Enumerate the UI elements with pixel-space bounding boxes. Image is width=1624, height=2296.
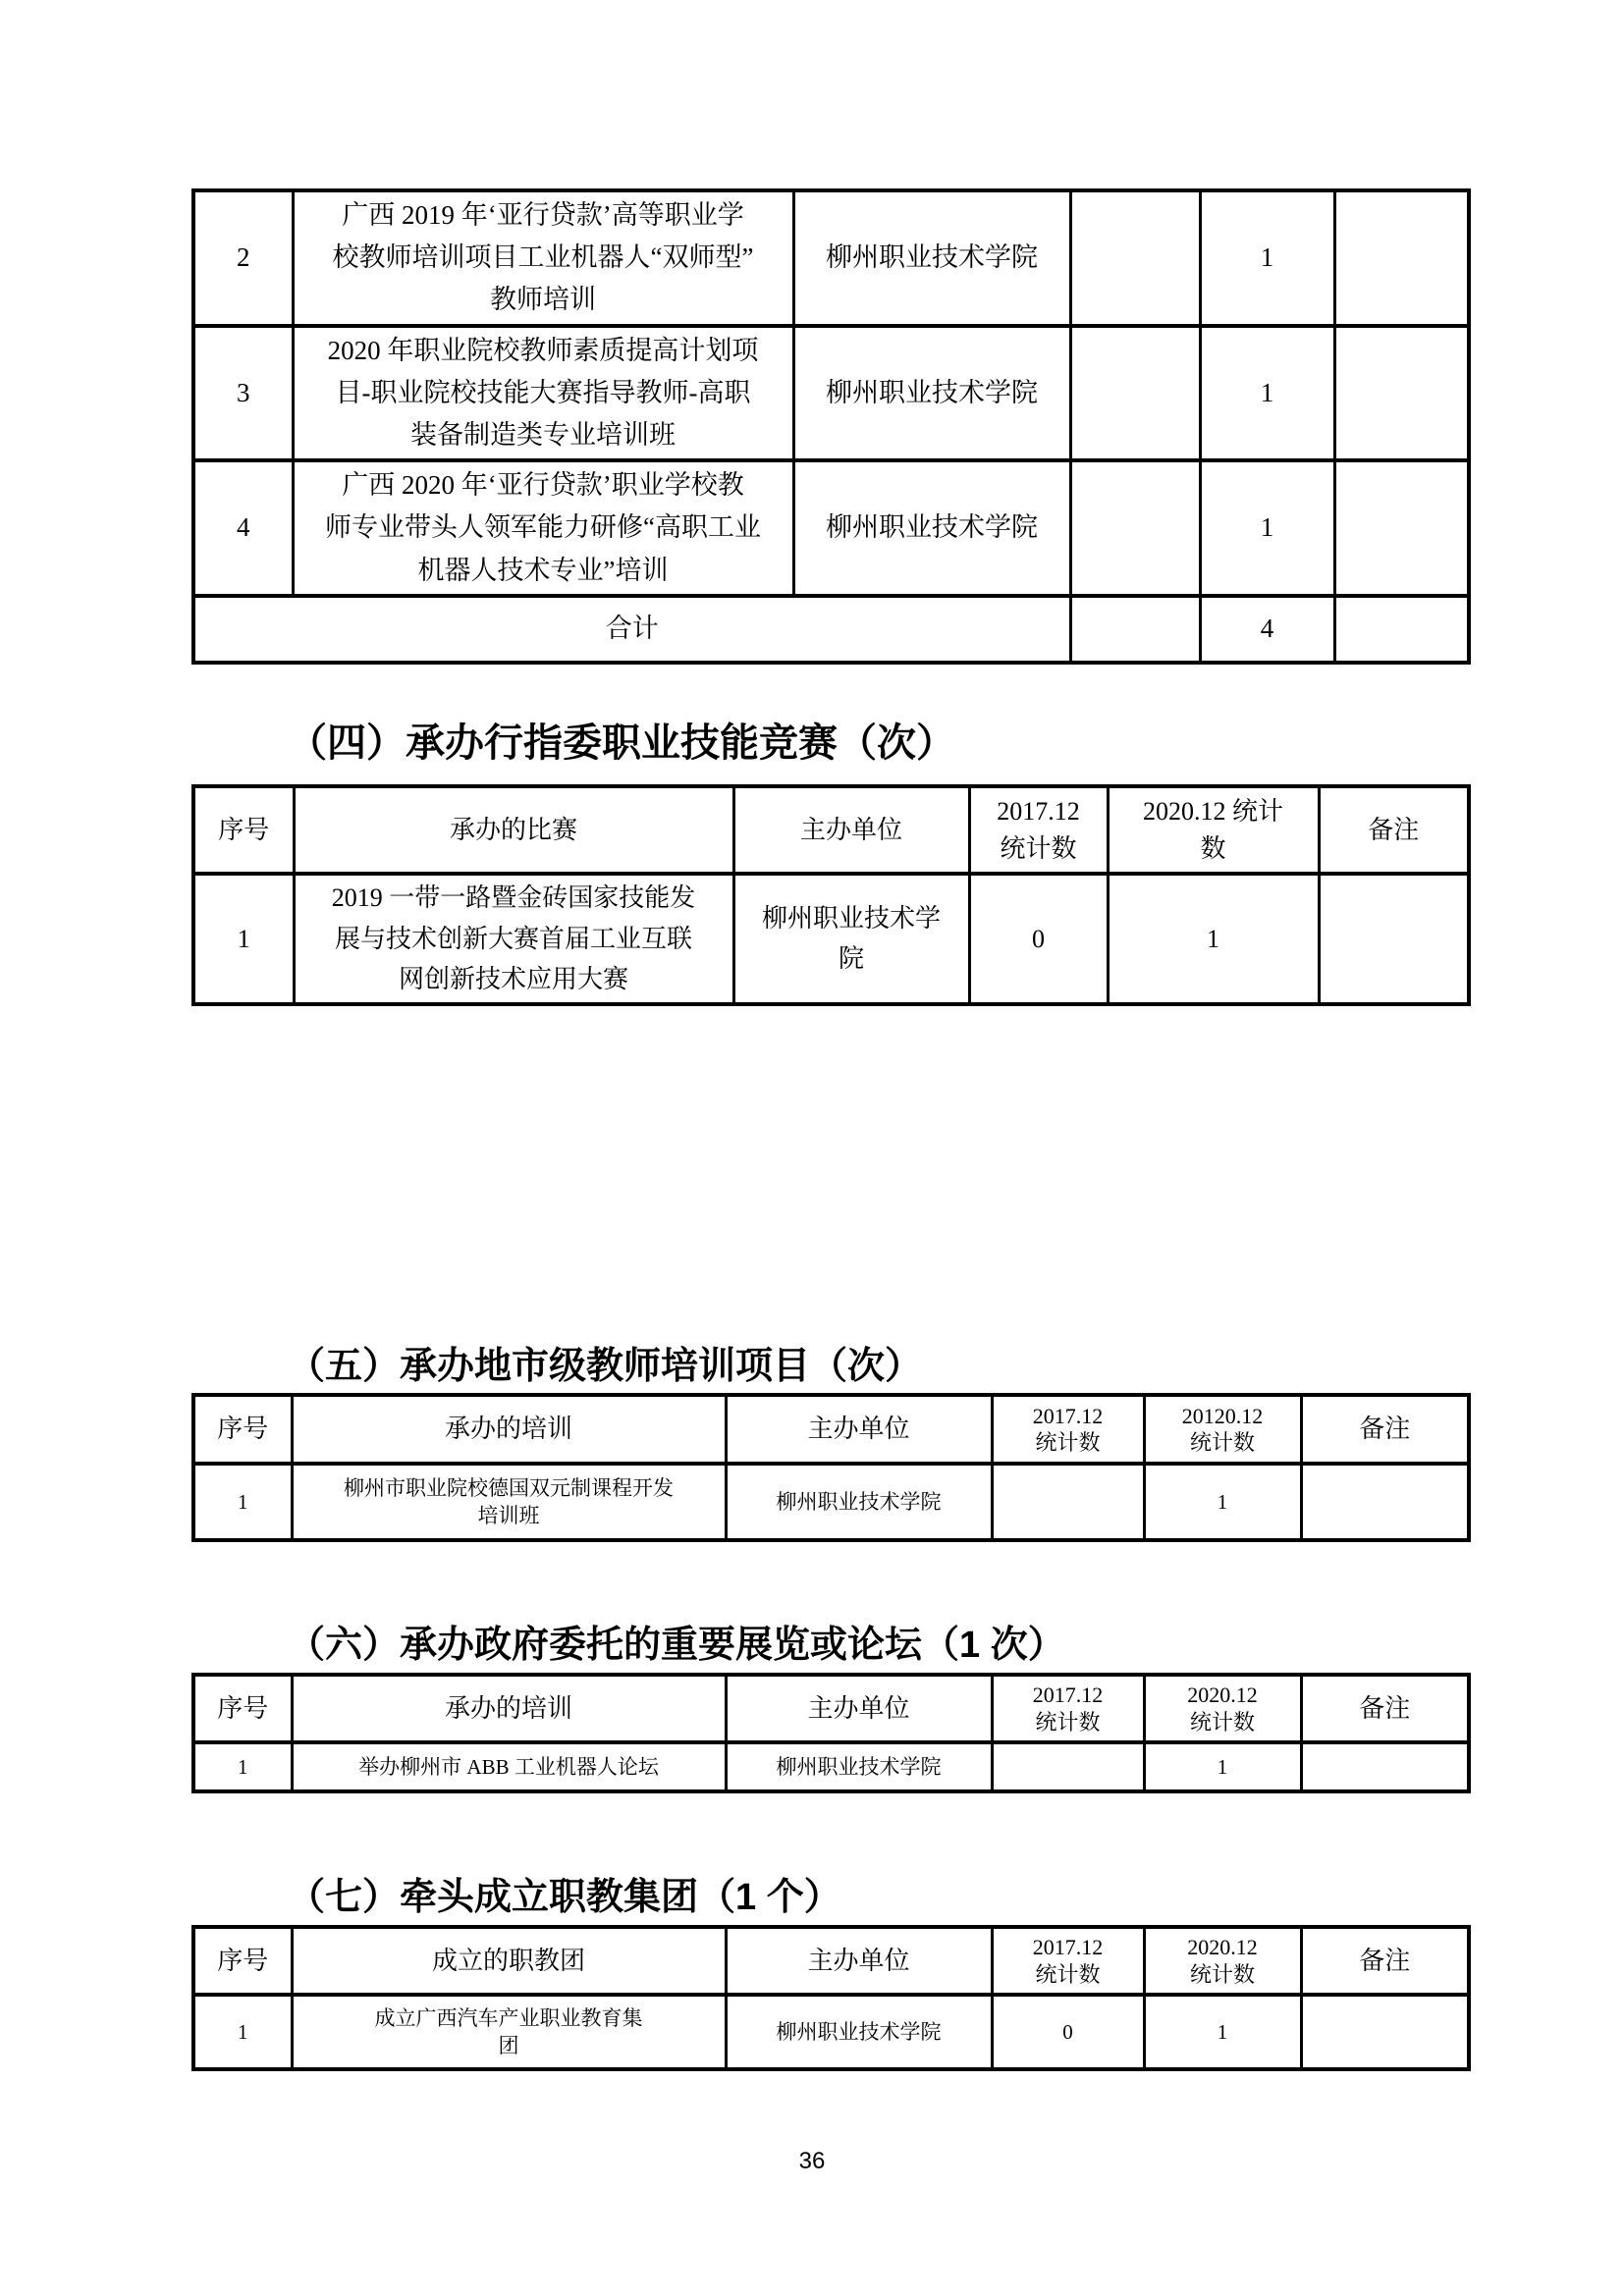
cell-note bbox=[1301, 1464, 1469, 1540]
header-row: 序号 成立的职教团 主办单位 2017.12 统计数 2020.12 统计数 备… bbox=[193, 1927, 1469, 1995]
header-org: 主办单位 bbox=[733, 786, 969, 874]
header-org: 主办单位 bbox=[726, 1395, 992, 1464]
header-stat-2020: 2020.12 统计 数 bbox=[1108, 786, 1319, 874]
cell-item: 2019 一带一路暨金砖国家技能发 展与技术创新大赛首届工业互联 网创新技术应用… bbox=[294, 874, 733, 1004]
header-item: 承办的培训 bbox=[292, 1395, 726, 1464]
table-row: 4 广西 2020 年‘亚行贷款’职业学校教 师专业带头人领军能力研修“高职工业… bbox=[193, 460, 1469, 596]
cell-stat-2017 bbox=[1070, 460, 1200, 596]
cell-project: 广西 2019 年‘亚行贷款’高等职业学 校教师培训项目工业机器人“双师型” 教… bbox=[293, 190, 793, 326]
table-row: 3 2020 年职业院校教师素质提高计划项 目-职业院校技能大赛指导教师-高职 … bbox=[193, 326, 1469, 461]
header-item: 成立的职教团 bbox=[292, 1927, 726, 1995]
document-page: { "page": { "background": "#ffffff", "te… bbox=[0, 0, 1624, 2296]
header-no: 序号 bbox=[193, 1395, 292, 1464]
cell-stat-2017: 0 bbox=[992, 1995, 1144, 2069]
cell-note bbox=[1334, 460, 1469, 596]
header-note: 备注 bbox=[1301, 1395, 1469, 1464]
table-row: 1 举办柳州市 ABB 工业机器人论坛 柳州职业技术学院 1 bbox=[193, 1742, 1469, 1791]
section-6-table: 序号 承办的培训 主办单位 2017.12 统计数 2020.12 统计数 备注… bbox=[191, 1673, 1471, 1793]
cell-stat-2020: 1 bbox=[1108, 874, 1319, 1004]
header-stat-2017: 2017.12 统计数 bbox=[992, 1927, 1144, 1995]
cell-stat-2020: 1 bbox=[1144, 1742, 1301, 1791]
cell-org: 柳州职业技术学院 bbox=[793, 460, 1070, 596]
cell-stat-2017 bbox=[1070, 326, 1200, 461]
cell-stat-2017: 0 bbox=[969, 874, 1108, 1004]
cell-org: 柳州职业技术学院 bbox=[726, 1742, 992, 1791]
table-row: 1 2019 一带一路暨金砖国家技能发 展与技术创新大赛首届工业互联 网创新技术… bbox=[193, 874, 1469, 1004]
cell-stat-2020: 1 bbox=[1144, 1995, 1301, 2069]
cell-no: 2 bbox=[193, 190, 293, 326]
header-row: 序号 承办的培训 主办单位 2017.12 统计数 20120.12 统计数 备… bbox=[193, 1395, 1469, 1464]
header-stat-2020: 20120.12 统计数 bbox=[1144, 1395, 1301, 1464]
header-stat-2017: 2017.12 统计数 bbox=[992, 1395, 1144, 1464]
cell-note bbox=[1334, 326, 1469, 461]
cell-no: 1 bbox=[193, 1742, 292, 1791]
cell-stat-2020: 1 bbox=[1200, 326, 1334, 461]
header-note: 备注 bbox=[1301, 1675, 1469, 1742]
cell-org: 柳州职业技术学院 bbox=[726, 1995, 992, 2069]
cell-no: 4 bbox=[193, 460, 293, 596]
total-label-cell: 合计 bbox=[193, 596, 1070, 663]
page-number: 36 bbox=[0, 2148, 1624, 2175]
header-no: 序号 bbox=[193, 1675, 292, 1742]
section-5-title: （五）承办地市级教师培训项目（次） bbox=[288, 1346, 922, 1389]
cell-item: 成立广西汽车产业职业教育集 团 bbox=[292, 1995, 726, 2069]
cell-note bbox=[1301, 1995, 1469, 2069]
cell-stat-2017 bbox=[1070, 190, 1200, 326]
header-org: 主办单位 bbox=[726, 1927, 992, 1995]
cell-project: 广西 2020 年‘亚行贷款’职业学校教 师专业带头人领军能力研修“高职工业 机… bbox=[293, 460, 793, 596]
section-5-table: 序号 承办的培训 主办单位 2017.12 统计数 20120.12 统计数 备… bbox=[191, 1393, 1471, 1542]
header-stat-2020: 2020.12 统计数 bbox=[1144, 1927, 1301, 1995]
cell-note bbox=[1334, 190, 1469, 326]
cell-note bbox=[1301, 1742, 1469, 1791]
section-6-title: （六）承办政府委托的重要展览或论坛（1 次） bbox=[288, 1625, 1065, 1668]
cell-item: 柳州市职业院校德国双元制课程开发 培训班 bbox=[292, 1464, 726, 1540]
cell-project: 2020 年职业院校教师素质提高计划项 目-职业院校技能大赛指导教师-高职 装备… bbox=[293, 326, 793, 461]
table-row: 1 柳州市职业院校德国双元制课程开发 培训班 柳州职业技术学院 1 bbox=[193, 1464, 1469, 1540]
header-org: 主办单位 bbox=[726, 1675, 992, 1742]
header-note: 备注 bbox=[1319, 786, 1469, 874]
total-note bbox=[1334, 596, 1469, 663]
total-stat-2017 bbox=[1070, 596, 1200, 663]
header-note: 备注 bbox=[1301, 1927, 1469, 1995]
cell-no: 3 bbox=[193, 326, 293, 461]
cell-no: 1 bbox=[193, 1995, 292, 2069]
header-stat-2020: 2020.12 统计数 bbox=[1144, 1675, 1301, 1742]
header-row: 序号 承办的比赛 主办单位 2017.12 统计数 2020.12 统计 数 备… bbox=[193, 786, 1469, 874]
cell-no: 1 bbox=[193, 1464, 292, 1540]
header-no: 序号 bbox=[193, 786, 294, 874]
cell-org: 柳州职业技术学院 bbox=[793, 326, 1070, 461]
header-item: 承办的培训 bbox=[292, 1675, 726, 1742]
section-4-table: 序号 承办的比赛 主办单位 2017.12 统计数 2020.12 统计 数 备… bbox=[191, 784, 1471, 1006]
table-row: 2 广西 2019 年‘亚行贷款’高等职业学 校教师培训项目工业机器人“双师型”… bbox=[193, 190, 1469, 326]
total-stat-2020: 4 bbox=[1200, 596, 1334, 663]
section-7-table: 序号 成立的职教团 主办单位 2017.12 统计数 2020.12 统计数 备… bbox=[191, 1925, 1471, 2071]
cell-org: 柳州职业技术学院 bbox=[726, 1464, 992, 1540]
cell-org: 柳州职业技术学 院 bbox=[733, 874, 969, 1004]
table-row: 1 成立广西汽车产业职业教育集 团 柳州职业技术学院 0 1 bbox=[193, 1995, 1469, 2069]
total-row: 合计 4 bbox=[193, 596, 1469, 663]
cell-no: 1 bbox=[193, 874, 294, 1004]
header-stat-2017: 2017.12 统计数 bbox=[969, 786, 1108, 874]
continued-table: 2 广西 2019 年‘亚行贷款’高等职业学 校教师培训项目工业机器人“双师型”… bbox=[191, 188, 1471, 665]
cell-item: 举办柳州市 ABB 工业机器人论坛 bbox=[292, 1742, 726, 1791]
cell-org: 柳州职业技术学院 bbox=[793, 190, 1070, 326]
cell-stat-2020: 1 bbox=[1200, 460, 1334, 596]
cell-stat-2017 bbox=[992, 1464, 1144, 1540]
cell-stat-2020: 1 bbox=[1144, 1464, 1301, 1540]
cell-note bbox=[1319, 874, 1469, 1004]
cell-stat-2017 bbox=[992, 1742, 1144, 1791]
header-item: 承办的比赛 bbox=[294, 786, 733, 874]
header-row: 序号 承办的培训 主办单位 2017.12 统计数 2020.12 统计数 备注 bbox=[193, 1675, 1469, 1742]
section-7-title: （七）牵头成立职教集团（1 个） bbox=[288, 1877, 841, 1920]
header-no: 序号 bbox=[193, 1927, 292, 1995]
section-4-title: （四）承办行指委职业技能竞赛（次） bbox=[288, 721, 955, 766]
header-stat-2017: 2017.12 统计数 bbox=[992, 1675, 1144, 1742]
cell-stat-2020: 1 bbox=[1200, 190, 1334, 326]
